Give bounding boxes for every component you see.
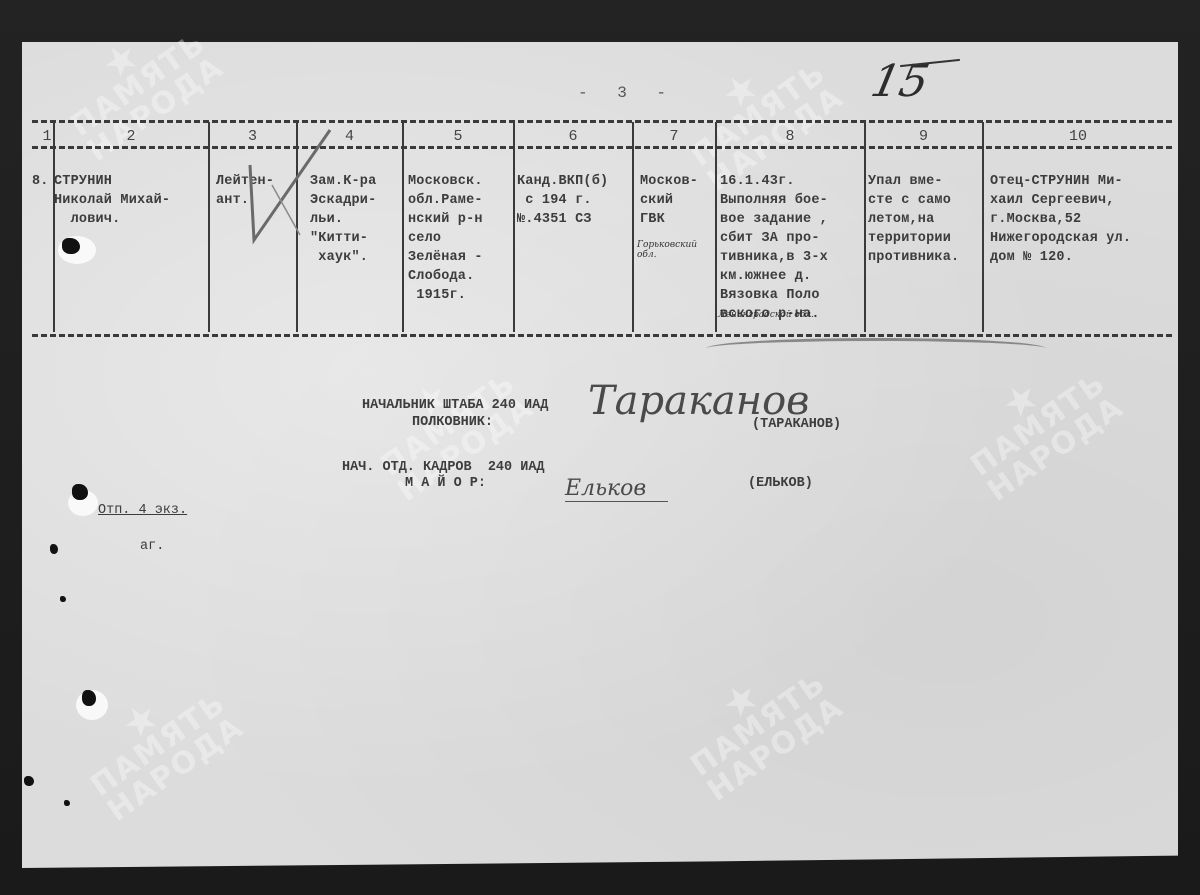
punch-hole — [24, 776, 34, 786]
column-divider — [632, 122, 634, 332]
cell-row-number: 8. — [32, 172, 49, 191]
document-page — [22, 42, 1178, 868]
column-divider — [982, 122, 984, 332]
punch-hole — [72, 484, 88, 500]
copies-note: Отп. 4 экз. — [98, 502, 187, 519]
column-divider — [208, 122, 210, 332]
chief-of-staff-name: (ТАРАКАНОВ) — [752, 416, 841, 433]
column-number: 9 — [865, 128, 982, 145]
column-number: 6 — [514, 128, 632, 145]
column-number: 8 — [716, 128, 864, 145]
chief-of-staff-rank: ПОЛКОВНИК: — [412, 414, 493, 431]
page-number: - 3 - — [578, 84, 676, 102]
cell-next-of-kin: Отец-СТРУНИН Ми- хаил Сергеевич, г.Москв… — [990, 172, 1131, 267]
table-top-rule — [32, 120, 1172, 123]
column-number: 2 — [54, 128, 208, 145]
cell-conscription-office: Москов- ский ГВК — [640, 172, 698, 229]
column-number: 5 — [403, 128, 513, 145]
table-header-rule — [32, 146, 1172, 149]
column-number: 10 — [983, 128, 1173, 145]
column-divider — [402, 122, 404, 332]
column-divider — [864, 122, 866, 332]
punch-hole — [62, 238, 80, 254]
chief-of-staff-title: НАЧАЛЬНИК ШТАБА 240 ИАД — [362, 397, 548, 414]
conscription-handwritten-note: Горьковский обл. — [637, 240, 711, 260]
personnel-head-rank: М А Й О Р: — [405, 475, 486, 492]
cell-party-membership: Канд.ВКП(б) с 194 г. №.4351 СЗ — [517, 172, 608, 229]
pen-stroke-mark — [706, 338, 1046, 359]
punch-hole — [82, 690, 96, 706]
typist-initials: аг. — [140, 538, 164, 555]
personnel-head-name: (ЕЛЬКОВ) — [748, 475, 813, 492]
cell-full-name: СТРУНИН Николай Михай- лович. — [54, 172, 170, 229]
circumstances-handwritten-note: Ленинградской обл. — [718, 310, 814, 320]
column-divider — [715, 122, 717, 332]
column-number: 7 — [633, 128, 715, 145]
column-divider — [513, 122, 515, 332]
cell-date-circumstances: 16.1.43г. Выполняя бое- вое задание , сб… — [720, 172, 828, 324]
personnel-head-title: НАЧ. ОТД. КАДРОВ 240 ИАД — [342, 459, 545, 476]
punch-hole — [50, 544, 58, 554]
cell-birthplace: Московск. обл.Раме- нский р-н село Зелён… — [408, 172, 483, 305]
personnel-head-signature: Ельков — [565, 476, 668, 502]
punch-hole — [60, 596, 66, 602]
check-mark-icon — [240, 125, 335, 245]
table-bottom-rule — [32, 334, 1172, 337]
punch-hole — [64, 800, 70, 806]
column-number: 1 — [40, 128, 54, 145]
cell-fate: Упал вме- сте с само летом,на территории… — [868, 172, 959, 267]
